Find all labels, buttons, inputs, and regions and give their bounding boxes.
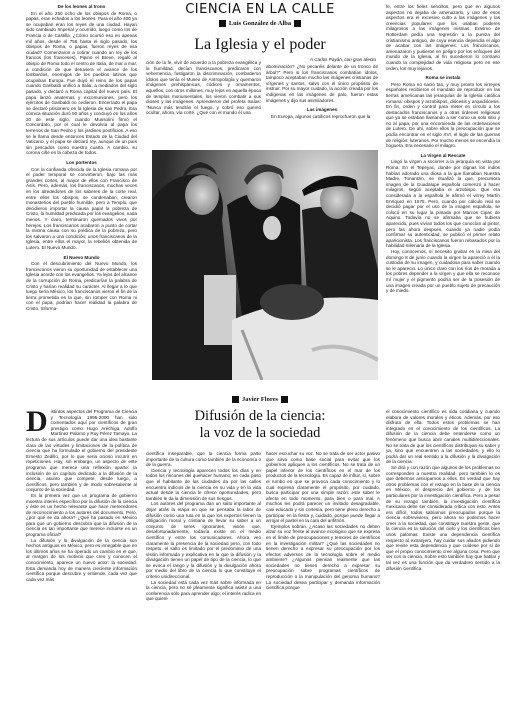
paragraph: En Europa, algunos católicos reprocharon… <box>266 114 378 120</box>
paragraph: La difusión y la divulgación de la cienc… <box>26 538 137 583</box>
mourning-women-photo-icon <box>152 150 378 380</box>
article1-column-4: fe, entre los fieles sencillos, pero que… <box>386 4 500 380</box>
paragraph: Ciencia y tecnología aparecen todos los … <box>146 468 261 502</box>
subhead: Los portentos <box>26 160 137 166</box>
paragraph: abominación? ¿No pecaréis delante de un … <box>266 64 378 103</box>
headline-line-2: la voz de la sociedad <box>140 425 380 442</box>
paragraph: Con la confianda ofrecida de la Iglesia … <box>26 167 137 251</box>
paragraph: el conocimiento científico es vida cotid… <box>386 409 500 465</box>
paragraph: ción de la fe, vivir de acuerdo a la pob… <box>146 60 261 116</box>
paragraph: Llegó la virgen a socorrer a la jerarquí… <box>386 159 500 249</box>
paragraph: hacer escuchar su voz. No se trata de se… <box>266 451 380 524</box>
paragraph: Con el descubrimiento del Nuevo Mundo, l… <box>26 261 137 311</box>
drop-cap: D <box>26 410 48 434</box>
square-bullet-icon <box>232 396 239 403</box>
paragraph: En el año 250 ocho de los obispos de Rom… <box>26 11 137 156</box>
square-bullet-icon <box>219 20 226 27</box>
square-bullet-icon <box>294 20 301 27</box>
article1-column-1: De los leones al trono En el año 250 och… <box>26 4 137 380</box>
article1-column-2: ción de la fe, vivir de acuerdo a la pob… <box>146 60 261 146</box>
paragraph: Es la primera vez que un programa de gob… <box>26 493 137 538</box>
subhead: El Nuevo Mundo <box>26 255 137 261</box>
paragraph: científica inseparable, que la ciencia f… <box>146 451 261 468</box>
article1-author: Luis González de Alba <box>229 20 291 27</box>
article2-column-3: hacer escuchar su voz. No se trata de se… <box>266 451 380 641</box>
article2-column-2: científica inseparable, que la ciencia f… <box>146 451 261 641</box>
headline-line-1: Difusión de la ciencia: <box>140 408 380 425</box>
paragraph: Pero Roma no nació tan, y muy pronto los… <box>386 82 500 149</box>
square-bullet-icon <box>281 396 288 403</box>
subhead: De los leones al trono <box>26 4 137 10</box>
article2-column-4: el conocimiento científico es vida cotid… <box>386 409 500 641</box>
article2-column-1: D istintos aspectos del Programa de Cien… <box>26 409 137 649</box>
paragraph: Se dirá y con razón que algunos de los p… <box>386 465 500 571</box>
subhead: Roma se instala <box>386 75 500 81</box>
article2-author: Javier Flores <box>242 396 278 403</box>
subhead: La Virgen al Rescate <box>386 153 500 159</box>
paragraph: La sociedad está cada vez más sobre info… <box>146 580 261 602</box>
section-title: CIENCIA EN LA CALLE <box>140 2 380 17</box>
article1-headline: La Iglesia y el poder <box>140 36 380 54</box>
paragraph: Ejemplos sobran. ¿Acaso las sociedades n… <box>266 524 380 591</box>
subhead: Las imágenes <box>266 107 378 113</box>
paragraph: Hoy, conocemos, sí necesito grabar en la… <box>386 249 500 294</box>
article-photo <box>152 150 378 380</box>
article1-column-3: abominación? ¿No pecaréis delante de un … <box>266 64 378 148</box>
paragraph: Los autores del programa dan un salto im… <box>146 501 261 579</box>
article2-headline: Difusión de la ciencia: la voz de la soc… <box>140 408 380 442</box>
paragraph: fe, entre los fieles sencillos, pero que… <box>386 4 500 71</box>
photo-caption: A Carlos Payán, con gran afecto <box>266 57 376 63</box>
article2-byline: Javier Flores <box>140 396 380 403</box>
article1-byline: Luis González de Alba <box>140 20 380 27</box>
